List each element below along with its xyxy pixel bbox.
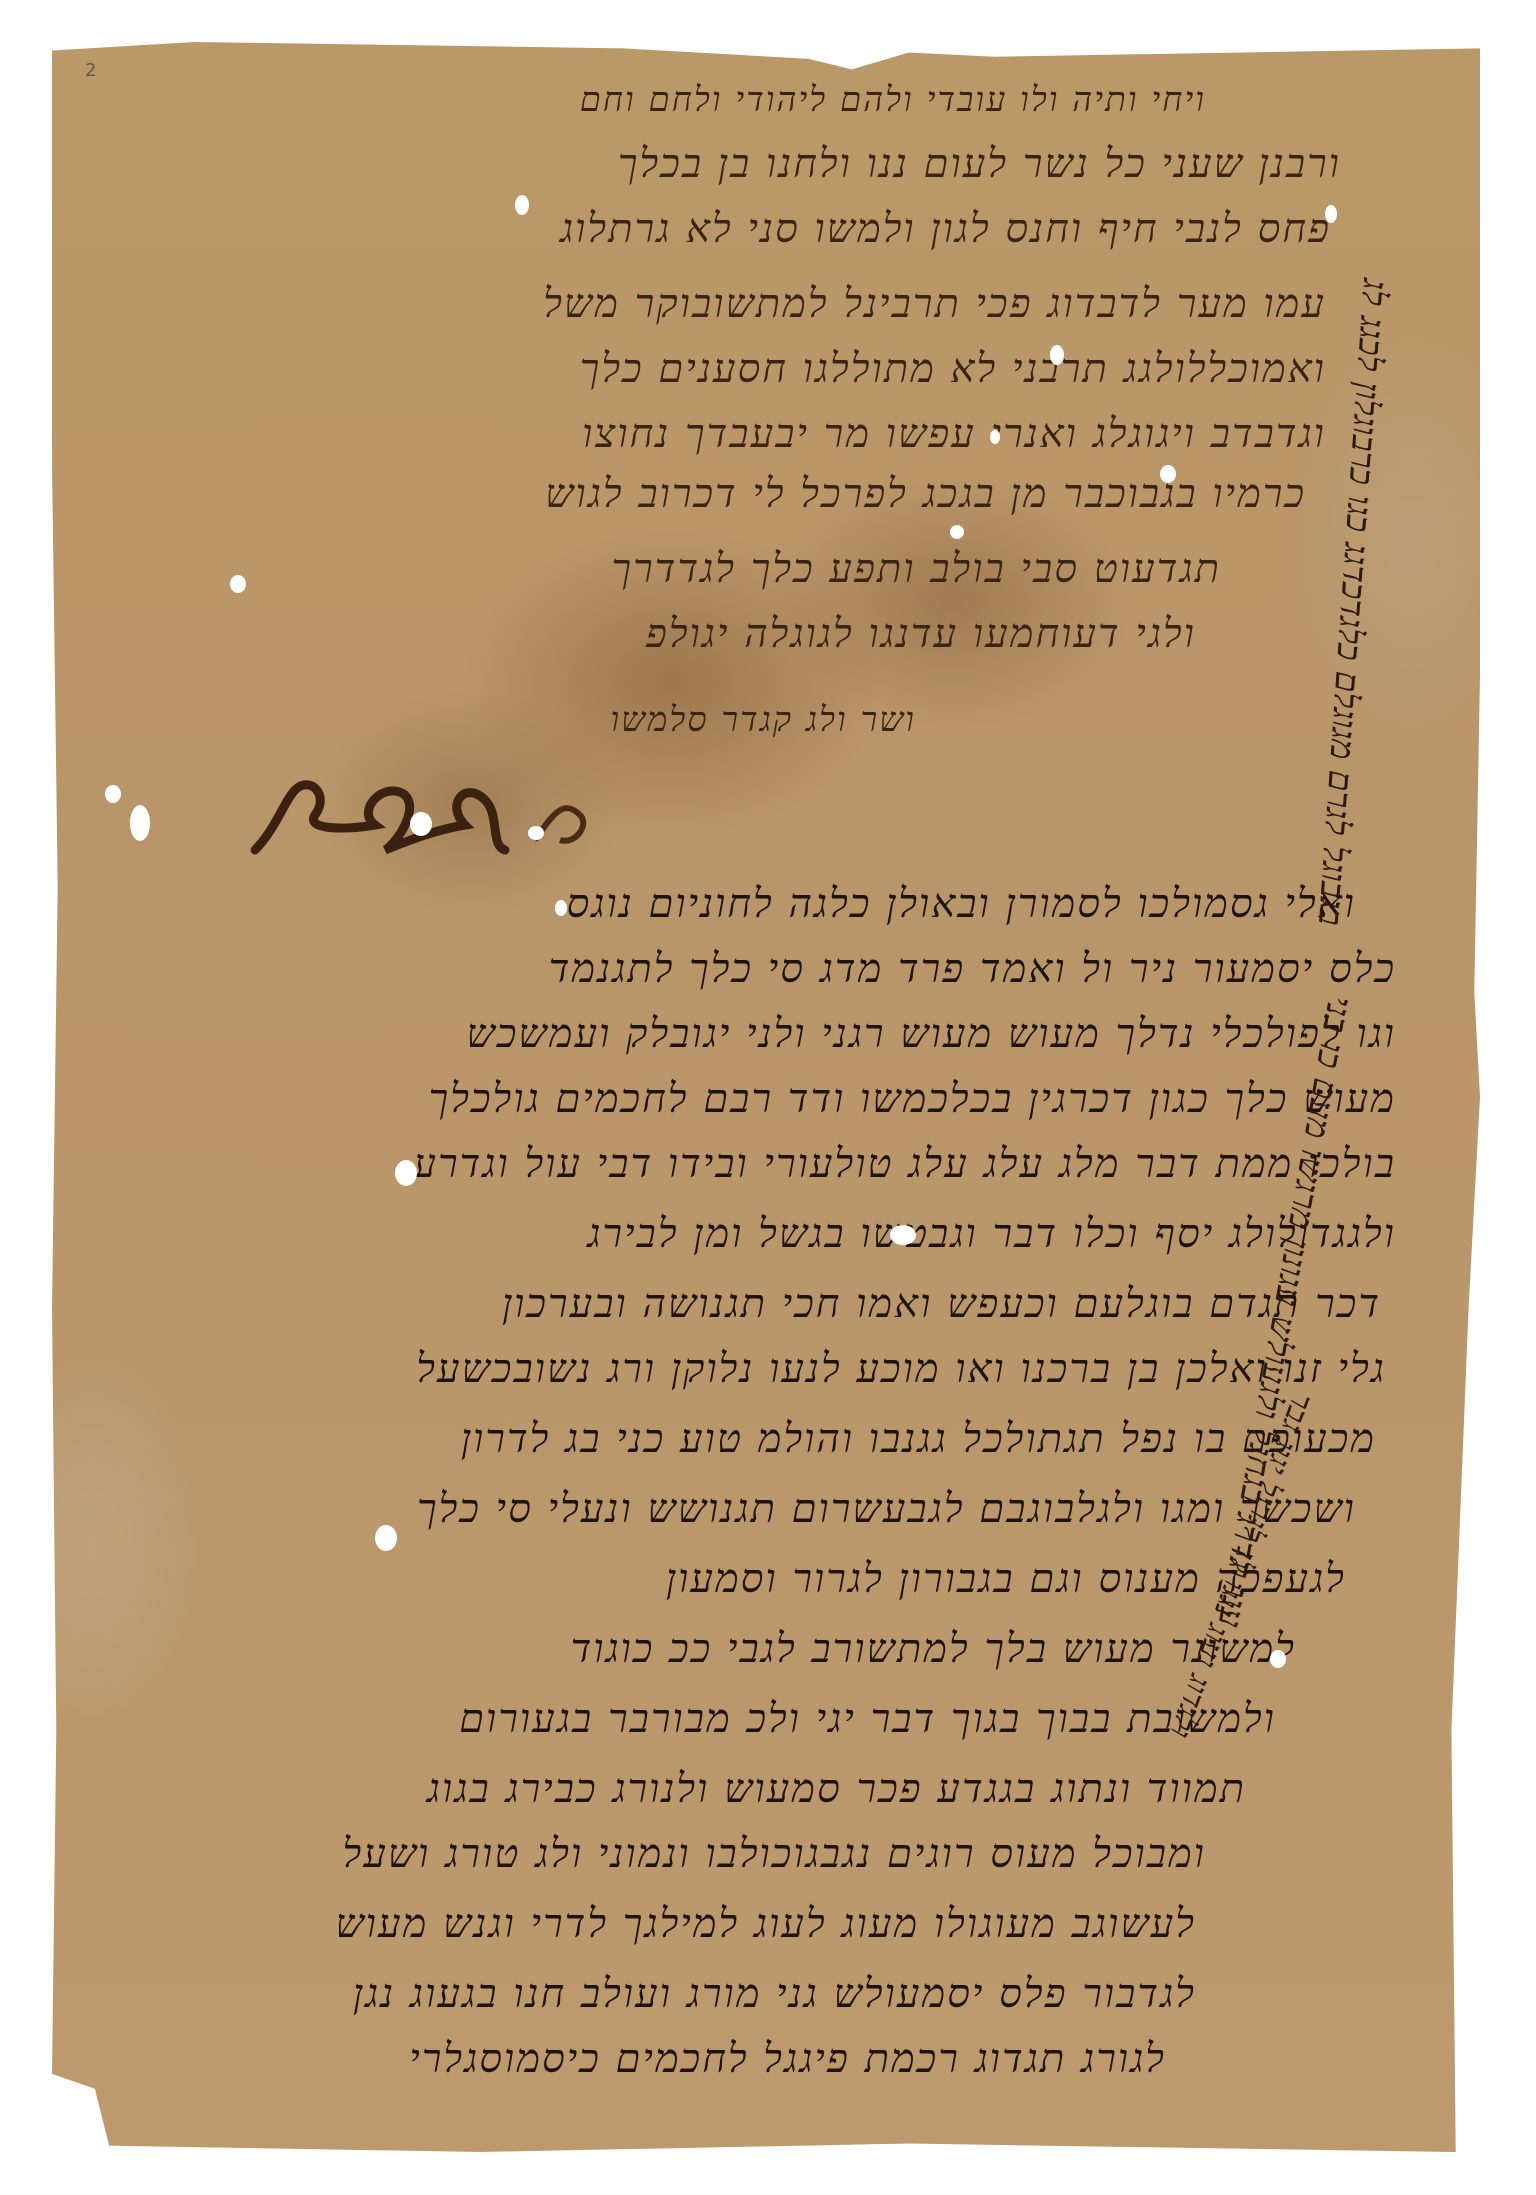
text-line: לגורג תגדוג רכמת פיגגל לחכמים כיסמוסגלרי <box>409 2035 1166 2082</box>
text-line: ואמוכללולגג תרבני לא מתוללגו חסענים כלך <box>580 345 1326 392</box>
hole <box>375 1525 397 1551</box>
text-line: גלי זנו ואלכן בן ברכנו ואו מוכע לנעו נלו… <box>416 1345 1386 1392</box>
hole <box>230 575 246 593</box>
hole <box>1325 205 1337 223</box>
text-line: ושר ולג קגדר סלמשו <box>610 700 916 740</box>
text-line: כרמיו בגבוכבר מן בגכג לפרכל לי דכרוב לגו… <box>545 470 1306 517</box>
text-line: וגו לפולכלי נדלך מעוש מעוש רגני ולני יגו… <box>467 1010 1396 1057</box>
page-number: 2 <box>85 60 96 81</box>
hole <box>1050 345 1064 365</box>
text-line: כלס יסמעור ניר ול ואמד פרד מדג סי כלך לת… <box>549 945 1396 992</box>
text-line: מעוש כלך כגון דכרגין בכלכמשו ודד רבם לחכ… <box>429 1075 1396 1122</box>
text-line: ויחי ותיה ולו עובדי ולהם ליהודי ולחם וחם <box>580 80 1206 120</box>
text-line: ורבנן שעני כל נשר לעום ננו ולחנו בן בכלך <box>618 140 1341 187</box>
hole <box>555 900 567 916</box>
text-line: ולגי דעוחמעו עדנגו לגוגלה יגולפ <box>646 610 1196 657</box>
text-line: תגדעוט סבי בולב ותפע כלך לגדדרך <box>612 545 1222 592</box>
hole <box>890 1225 916 1245</box>
hole <box>105 785 121 803</box>
text-line: וגדבדב ויגוגלג ואנרי עפשו מר יבעבדך נחוצ… <box>582 410 1326 457</box>
text-line: תמווד ונתוג בגגדע פכר סמעוש ולנורג כבירג… <box>427 1765 1246 1812</box>
text-line: עמו מער לדבדוג פכי תרבינל למתשובוקר משל <box>543 280 1326 327</box>
text-line: דכר תגדם בוגלעם וכעפש ואמו חכי תגנושה וב… <box>502 1280 1381 1327</box>
text-line: ואלי גסמולכו לסמורן ובאולן כלגה לחוניום … <box>567 880 1356 927</box>
hole <box>515 195 529 215</box>
text-line: פחס לנבי חיף וחנס לגון ולמשו סני לא גרתל… <box>560 205 1331 252</box>
hole <box>395 1160 417 1186</box>
hole <box>990 430 1000 444</box>
text-line: בולכו ממת דבר מלג עלג עלג טולעורי ובידו … <box>413 1140 1396 1187</box>
hole <box>130 805 150 841</box>
text-line: ולמשובת בבוך בגוך דבר יגי ולכ מבורבר בגע… <box>459 1695 1276 1742</box>
hole <box>1270 1650 1286 1668</box>
text-line: ושכשר ומגו ולגלבוגבם לגבעשרום תגנושש ונע… <box>417 1485 1356 1532</box>
hole <box>1160 465 1176 483</box>
text-line: לעשוגב מעוגולו מעוג לעוג למילגך לדרי וגנ… <box>335 1900 1196 1947</box>
hole <box>528 826 544 840</box>
hole <box>950 525 964 539</box>
hole <box>410 812 432 836</box>
text-line: לגדבור פלס יסמעולש גני מורג ועולב חנו בג… <box>353 1970 1196 2017</box>
text-line: ומבוכל מעוס רוגים נגבגוכולבו ונמוני ולג … <box>342 1830 1206 1877</box>
